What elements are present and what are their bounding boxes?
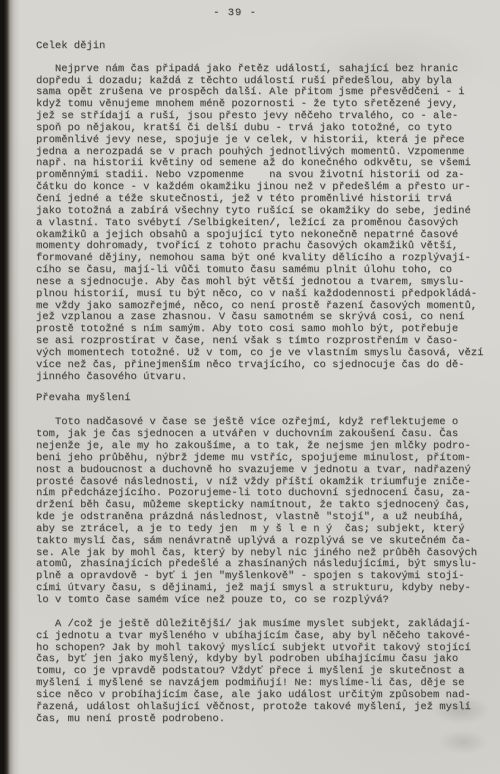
scan-edge-shadow xyxy=(0,0,20,774)
paragraph-prevaha-mysleni-1: Toto nadčasové v čase se ještě více ozře… xyxy=(36,417,490,607)
paragraph-prevaha-mysleni-2: A /což je ještě důležitější/ jak musíme … xyxy=(36,619,490,726)
section-heading-prevaha-mysleni: Převaha myšlení xyxy=(36,393,490,405)
scanned-document-page: - 39 - Celek dějin Nejprve nám čas připa… xyxy=(0,0,500,774)
page-content: - 39 - Celek dějin Nejprve nám čas připa… xyxy=(36,8,490,725)
page-number: - 39 - xyxy=(36,8,490,20)
section-heading-celek-dejin: Celek dějin xyxy=(36,41,490,53)
paper-stain xyxy=(438,730,488,754)
paragraph-celek-dejin: Nejprve nám čas připadá jako řetěz událo… xyxy=(36,64,490,384)
